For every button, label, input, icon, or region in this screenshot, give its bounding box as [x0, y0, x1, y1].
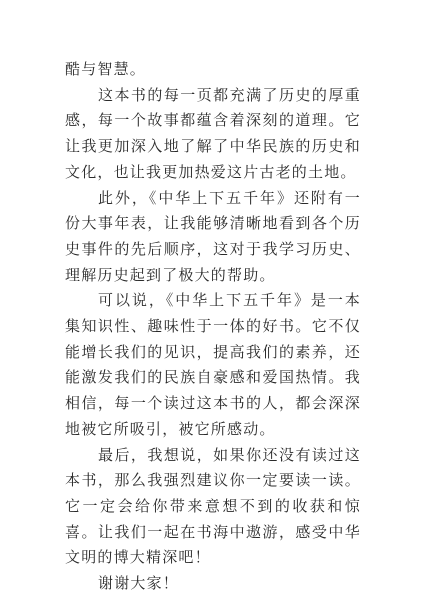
paragraph-continuation: 酷与智慧。 [65, 57, 361, 83]
paragraph-thanks: 谢谢大家！ [65, 571, 361, 597]
document-page: 酷与智慧。 这本书的每一页都充满了历史的厚重感，每一个故事都蕴含着深刻的道理。它… [0, 0, 424, 600]
document-body: 酷与智慧。 这本书的每一页都充满了历史的厚重感，每一个故事都蕴含着深刻的道理。它… [65, 57, 361, 597]
paragraph-timeline: 此外，《中华上下五千年》还附有一份大事年表，让我能够清晰地看到各个历史事件的先后… [65, 186, 361, 289]
paragraph-recommendation: 最后，我想说，如果你还没有读过这本书，那么我强烈建议你一定要读一读。它一定会给你… [65, 443, 361, 572]
paragraph-book-depth: 这本书的每一页都充满了历史的厚重感，每一个故事都蕴含着深刻的道理。它让我更加深入… [65, 83, 361, 186]
paragraph-summary: 可以说，《中华上下五千年》是一本集知识性、趣味性于一体的好书。它不仅能增长我们的… [65, 288, 361, 442]
